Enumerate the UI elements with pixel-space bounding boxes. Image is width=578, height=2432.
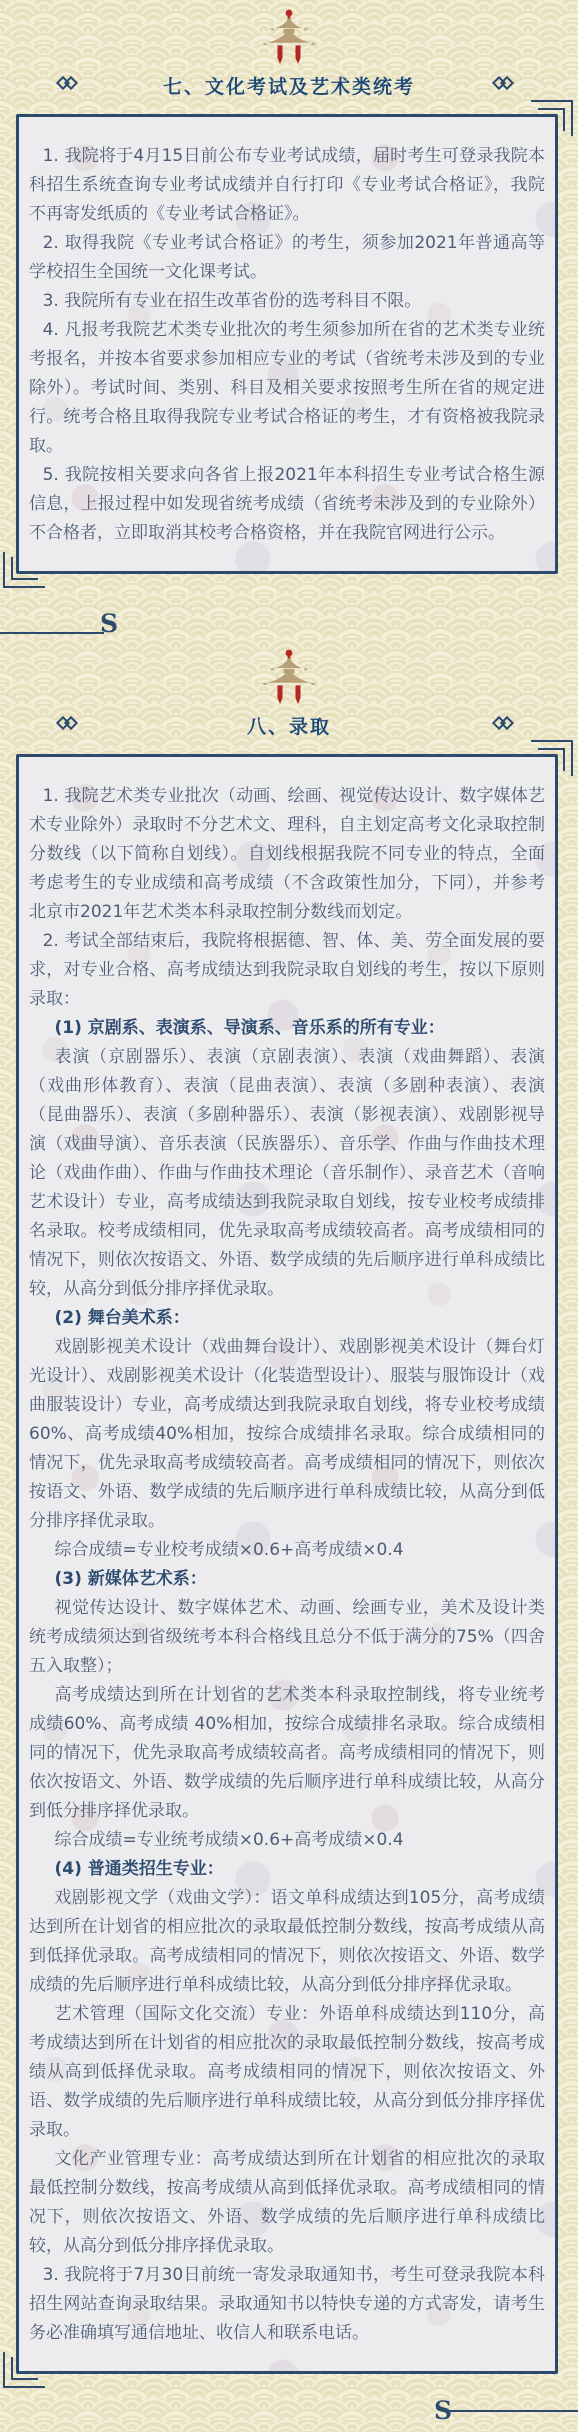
paragraph: 1. 我院艺术类专业批次（动画、绘画、视觉传达设计、数字媒体艺术专业除外）录取时…: [29, 782, 545, 927]
paragraph: 戏剧影视美术设计（戏曲舞台设计）、戏剧影视美术设计（舞台灯光设计）、戏剧影视美术…: [29, 1333, 545, 1536]
article-page: 七、文化考试及艺术类统考 1. 我院将于4月15日前公布专业考试成绩，届时考生可…: [0, 0, 578, 2432]
content-box: 1. 我院艺术类专业批次（动画、绘画、视觉传达设计、数字媒体艺术专业除外）录取时…: [16, 754, 558, 2374]
section-header: 七、文化考试及艺术类统考: [0, 8, 578, 102]
paragraph: 综合成绩=专业统考成绩×0.6+高考成绩×0.4: [29, 1826, 545, 1855]
section-title-row: 八、录取: [0, 708, 578, 742]
paragraph: 综合成绩=专业校考成绩×0.6+高考成绩×0.4: [29, 1536, 545, 1565]
section-title-row: 七、文化考试及艺术类统考: [0, 68, 578, 102]
corner-bracket-icon: [538, 748, 565, 771]
pagoda-icon: [262, 8, 316, 66]
s-curve-line-icon: S: [418, 2402, 578, 2432]
paragraph: 高考成绩达到所在计划省的艺术类本科录取控制线，将专业统考成绩60%、高考成绩 4…: [29, 1681, 545, 1826]
section-culture-exam: 七、文化考试及艺术类统考 1. 我院将于4月15日前公布专业考试成绩，届时考生可…: [0, 8, 578, 648]
section-header: 八、录取: [0, 648, 578, 742]
content-box: 1. 我院将于4月15日前公布专业考试成绩，届时考生可登录我院本科招生系统查询专…: [16, 114, 558, 574]
section-admission: 八、录取 1. 我院艺术类专业批次（动画、绘画、视觉传达设计、数字媒体艺术专业除…: [0, 648, 578, 2432]
paragraph: 艺术管理（国际文化交流）专业：外语单科成绩达到110分，高考成绩达到所在计划省的…: [29, 2000, 545, 2145]
bottom-divider: S: [0, 2374, 578, 2432]
paragraph: 5. 我院按相关要求向各省上报2021年本科招生专业考试合格生源信息，上报过程中…: [29, 461, 545, 548]
double-diamond-icon: [58, 76, 84, 93]
section-divider: S: [0, 574, 578, 648]
paragraph: 表演（京剧器乐）、表演（京剧表演）、表演（戏曲舞蹈）、表演（戏曲形体教育）、表演…: [29, 1043, 545, 1304]
paragraph-list: 1. 我院艺术类专业批次（动画、绘画、视觉传达设计、数字媒体艺术专业除外）录取时…: [29, 782, 545, 2348]
section-title: 八、录取: [247, 712, 331, 739]
paragraph: 文化产业管理专业：高考成绩达到所在计划省的相应批次的录取最低控制分数线，按高考成…: [29, 2145, 545, 2261]
section-title: 七、文化考试及艺术类统考: [163, 72, 415, 99]
s-curve-line-icon: S: [0, 612, 140, 646]
paragraph: (3) 新媒体艺术系：: [29, 1565, 545, 1594]
paragraph: 2. 考试全部结束后，我院将根据德、智、体、美、劳全面发展的要求，对专业合格、高…: [29, 927, 545, 1014]
paragraph: (4) 普通类招生专业：: [29, 1855, 545, 1884]
double-diamond-icon: [494, 716, 520, 733]
paragraph: 3. 我院所有专业在招生改革省份的选考科目不限。: [29, 287, 545, 316]
paragraph: 戏剧影视文学（戏曲文学）：语文单科成绩达到105分，高考成绩达到所在计划省的相应…: [29, 1884, 545, 2000]
corner-bracket-icon: [531, 740, 573, 776]
paragraph: 视觉传达设计、数字媒体艺术、动画、绘画专业，美术及设计类统考成绩须达到省级统考本…: [29, 1594, 545, 1681]
paragraph: (2) 舞台美术系：: [29, 1304, 545, 1333]
paragraph: 2. 取得我院《专业考试合格证》的考生，须参加2021年普通高等学校招生全国统一…: [29, 229, 545, 287]
paragraph: 1. 我院将于4月15日前公布专业考试成绩，届时考生可登录我院本科招生系统查询专…: [29, 142, 545, 229]
pagoda-icon: [262, 648, 316, 706]
corner-bracket-icon: [538, 108, 565, 131]
paragraph: (1) 京剧系、表演系、导演系、音乐系的所有专业：: [29, 1014, 545, 1043]
corner-bracket-icon: [531, 100, 573, 136]
paragraph: 4. 凡报考我院艺术类专业批次的考生须参加所在省的艺术类专业统考报名，并按本省要…: [29, 316, 545, 461]
double-diamond-icon: [58, 716, 84, 733]
paragraph: 3. 我院将于7月30日前统一寄发录取通知书，考生可登录我院本科招生网站查询录取…: [29, 2261, 545, 2348]
double-diamond-icon: [494, 76, 520, 93]
paragraph-list: 1. 我院将于4月15日前公布专业考试成绩，届时考生可登录我院本科招生系统查询专…: [29, 142, 545, 548]
